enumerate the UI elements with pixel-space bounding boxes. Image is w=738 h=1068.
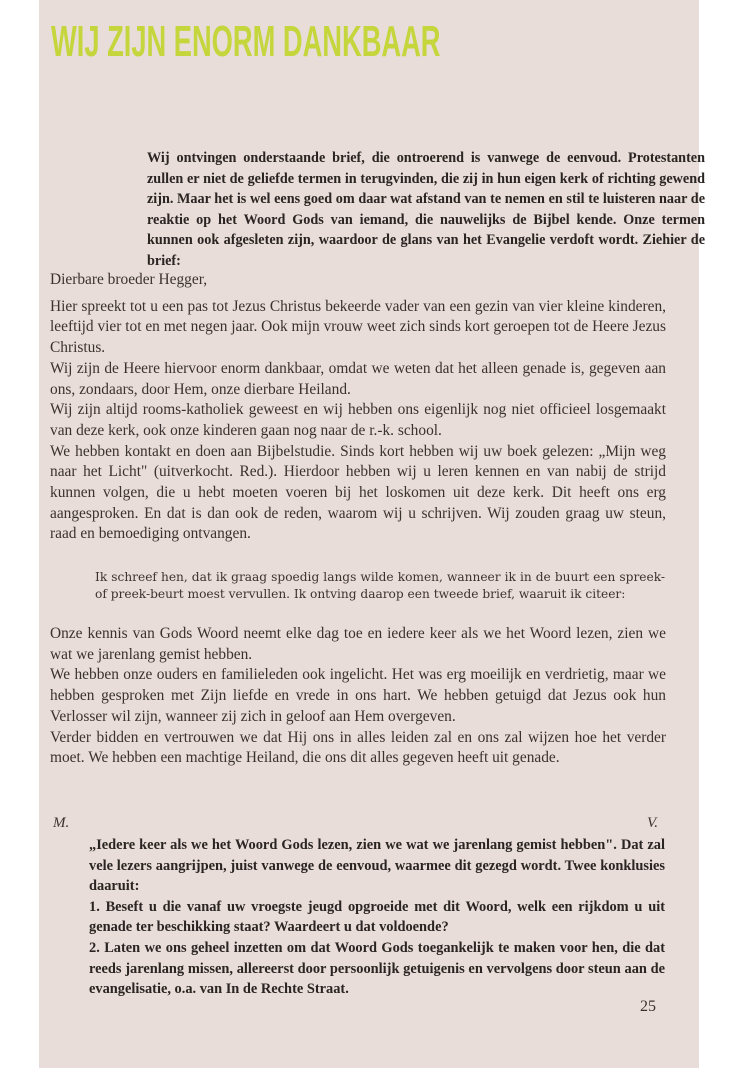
letter-paragraph: Wij zijn altijd rooms-katholiek geweest … [50,400,666,441]
article-title: WIJ ZIJN ENORM DANKBAAR [51,20,441,64]
letter-paragraph: Wij zijn de Heere hiervoor enorm dankbaa… [50,359,666,400]
letter-paragraph: We hebben kontakt en doen aan Bijbelstud… [50,442,666,546]
commentary-paragraph: „Iedere keer als we het Woord Gods lezen… [89,835,665,897]
first-letter: Dierbare broeder Hegger, Hier spreekt to… [50,270,666,545]
signature-right: V. [647,815,658,832]
letter-salutation: Dierbare broeder Hegger, [50,270,666,291]
commentary-point-2: 2. Laten we ons geheel inzetten om dat W… [89,938,665,1000]
magazine-page: WIJ ZIJN ENORM DANKBAAR Wij ontvingen on… [39,0,699,1068]
editorial-commentary: „Iedere keer als we het Woord Gods lezen… [89,835,665,1000]
signature-left: M. [53,815,69,832]
commentary-point-1: 1. Beseft u die vanaf uw vroegste jeugd … [89,897,665,938]
letter-paragraph: Verder bidden en vertrouwen we dat Hij o… [50,728,666,769]
author-note: Ik schreef hen, dat ik graag spoedig lan… [95,569,665,602]
second-letter: Onze kennis van Gods Woord neemt elke da… [50,624,666,769]
editorial-intro: Wij ontvingen onderstaande brief, die on… [147,148,705,272]
page-number: 25 [640,998,656,1016]
letter-paragraph: Hier spreekt tot u een pas tot Jezus Chr… [50,297,666,359]
letter-paragraph: Onze kennis van Gods Woord neemt elke da… [50,624,666,665]
letter-paragraph: We hebben onze ouders en familieleden oo… [50,665,666,727]
